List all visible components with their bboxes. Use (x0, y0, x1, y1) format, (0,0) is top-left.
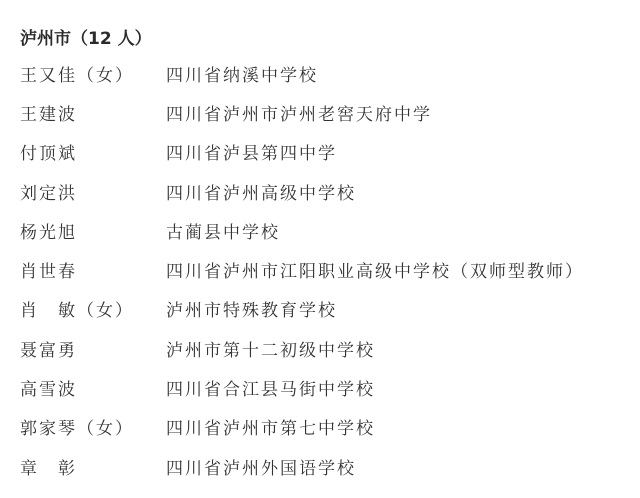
person-name: 高雪波 (20, 376, 170, 404)
school-name: 古蔺县中学校 (166, 219, 280, 247)
person-name: 杨光旭 (20, 219, 170, 247)
person-name: 刘定洪 (20, 180, 170, 208)
person-name: 付顶斌 (20, 140, 170, 168)
school-name: 四川省泸县第四中学 (166, 140, 337, 168)
person-name: 肖 敏（女） (20, 297, 170, 325)
school-name: 四川省泸州外国语学校 (166, 455, 356, 483)
school-name: 四川省泸州市江阳职业高级中学校（双师型教师） (166, 258, 584, 286)
person-name: 聂富勇 (20, 337, 170, 365)
person-name: 章 彰 (20, 455, 170, 483)
school-name: 四川省泸州市第七中学校 (166, 415, 375, 443)
school-name: 四川省合江县马街中学校 (166, 376, 375, 404)
person-name: 王又佳（女） (20, 62, 170, 90)
school-name: 泸州市特殊教育学校 (166, 297, 337, 325)
school-name: 泸州市第十二初级中学校 (166, 337, 375, 365)
person-name: 王建波 (20, 101, 170, 129)
school-name: 四川省泸州市泸州老窖天府中学 (166, 101, 432, 129)
person-name: 肖世春 (20, 258, 170, 286)
school-name: 四川省纳溪中学校 (166, 62, 318, 90)
person-name: 郭家琴（女） (20, 415, 170, 443)
section-heading: 泸州市（12 人） (20, 24, 152, 49)
school-name: 四川省泸州高级中学校 (166, 180, 356, 208)
document: 泸州市（12 人） 王又佳（女） 四川省纳溪中学校 王建波 四川省泸州市泸州老窖… (0, 0, 640, 498)
